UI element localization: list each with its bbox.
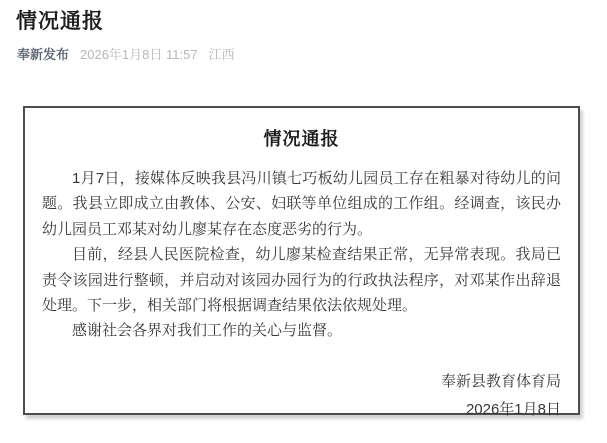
notice-body: 1月7日，接媒体反映我县冯川镇七巧板幼儿园员工存在粗暴对待幼儿的问题。我县立即成… (42, 166, 561, 344)
notice-paragraph-3: 感谢社会各界对我们工作的关心与监督。 (42, 318, 561, 343)
notice-paragraph-1: 1月7日，接媒体反映我县冯川镇七巧板幼儿园员工存在粗暴对待幼儿的问题。我县立即成… (42, 166, 561, 242)
signature-org: 奉新县教育体育局 (42, 368, 561, 396)
signature-block: 奉新县教育体育局 2026年1月8日 (42, 368, 561, 424)
publish-datetime: 2026年1月8日 11:57 (80, 44, 198, 63)
notice-letter-box: 情况通报 1月7日，接媒体反映我县冯川镇七巧板幼儿园员工存在粗暴对待幼儿的问题。… (23, 106, 580, 415)
signature-date: 2026年1月8日 (42, 396, 561, 424)
publisher-name: 奉新发布 (17, 44, 69, 63)
page-title: 情况通报 (16, 5, 104, 35)
notice-paragraph-2: 目前，经县人民医院检查，幼儿廖某检查结果正常，无异常表现。我局已责令该园进行整顿… (42, 242, 561, 318)
publish-location: 江西 (209, 44, 235, 63)
notice-title: 情况通报 (42, 125, 561, 151)
article-meta: 奉新发布 2026年1月8日 11:57 江西 (17, 44, 235, 63)
